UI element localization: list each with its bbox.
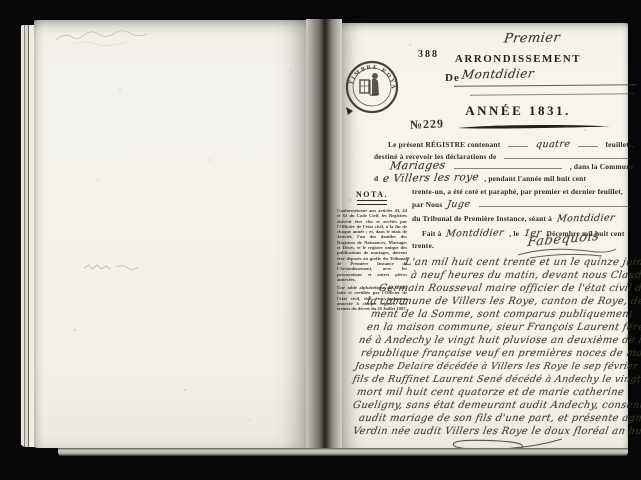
de-label: De [445, 72, 460, 84]
act-line: mort mil huit cent quatorze et de marie … [356, 387, 625, 398]
blank-rule [504, 158, 631, 159]
act-line: à neuf heures du matin, devant nous Clau… [410, 270, 641, 281]
intro-line-3: Mariages , dans la Commune [390, 162, 634, 171]
intro-line-1: Le présent RÉGISTRE contenant quatre feu… [388, 140, 634, 149]
nota-heading: NOTA. [337, 190, 407, 199]
nota-heading-rule [357, 200, 387, 205]
printed-text: par Nous [412, 200, 442, 209]
book-bottom-page-edges [58, 448, 628, 456]
thick-tapered-rule [456, 123, 612, 131]
scanned-register-page: TIMBRE ROYAL 388 Premier ARRONDISSEMENT … [0, 0, 641, 480]
header-rule [470, 93, 634, 95]
act-line: fils de Ruffinet Laurent Sené décédé à A… [352, 374, 641, 385]
act-line: Gueligny, sans état demeurant audit Ande… [352, 400, 641, 411]
header-rule [454, 84, 636, 87]
register-number: №229 [410, 116, 445, 132]
printed-text: , dans la Commune [570, 162, 634, 171]
act-line: ment de la Somme, sont comparus publique… [370, 309, 634, 320]
act-line: Germain Rousseval maire officier de l'ét… [378, 283, 641, 294]
printed-text: du Tribunal de Première Instance, séant … [412, 214, 552, 223]
book-page-stack-edge [20, 25, 35, 447]
handwritten-commune: e Villers les roye [383, 173, 480, 183]
blank-rule [508, 146, 527, 147]
act-line: en la maison commune, sieur François Lau… [366, 322, 641, 333]
intro-line-7: du Tribunal de Première Instance, séant … [412, 214, 634, 223]
intro-line-9: trente. [412, 241, 472, 250]
pencil-mark-middle [82, 258, 142, 276]
printed-text: d [374, 174, 378, 183]
act-line: né à Andechy le vingt huit pluviose an d… [358, 335, 641, 346]
printed-text: , le [509, 229, 519, 238]
blank-rule [578, 146, 597, 147]
arrondissement-heading: ARRONDISSEMENT [378, 53, 641, 65]
printed-text: feuillets, [606, 140, 634, 149]
nota-paragraph-1: Conformément aux articles 43, 44 et 62 d… [337, 208, 407, 282]
handwritten-act-type: Mariages [389, 162, 446, 171]
act-line: L'an mil huit cent trente et un le quinz… [404, 257, 641, 268]
handwritten-place: Montdidier [461, 66, 535, 81]
handwritten-ordinal: Premier [471, 30, 593, 47]
handwritten-quality: Juge [447, 201, 471, 209]
act-line: Josephe Delaire décédée à Villers les Ro… [354, 361, 641, 372]
handwritten-fait-place: Montdidier [446, 229, 505, 238]
intro-line-6: par Nous Juge [412, 200, 634, 209]
printed-text: Le présent RÉGISTRE contenant [388, 140, 500, 149]
printed-text: trente-un, a été coté et paraphé, par pr… [412, 187, 623, 196]
handwritten-feuillet-count: quatre [535, 141, 570, 150]
intro-line-5: trente-un, a été coté et paraphé, par pr… [412, 187, 634, 196]
register-title-page: TIMBRE ROYAL 388 Premier ARRONDISSEMENT … [342, 23, 628, 451]
act-line: république française veuf en premières n… [360, 348, 641, 359]
left-blank-page [34, 20, 306, 448]
blank-rule [454, 168, 562, 169]
printed-text: , pendant l'année mil huit cent [484, 174, 586, 183]
printed-text: Fait à [422, 229, 441, 238]
act-line: la commune de Villers les Roye, canton d… [366, 296, 641, 307]
handwritten-tribunal-seat: Montdidier [556, 214, 615, 223]
act-line: audit mariage de son fils d'une part, et… [358, 413, 641, 424]
intro-line-4: d e Villers les roye , pendant l'année m… [374, 174, 634, 183]
blank-rule [479, 206, 631, 207]
pencil-scribble-top [54, 26, 150, 48]
printed-text: trente. [412, 241, 434, 250]
